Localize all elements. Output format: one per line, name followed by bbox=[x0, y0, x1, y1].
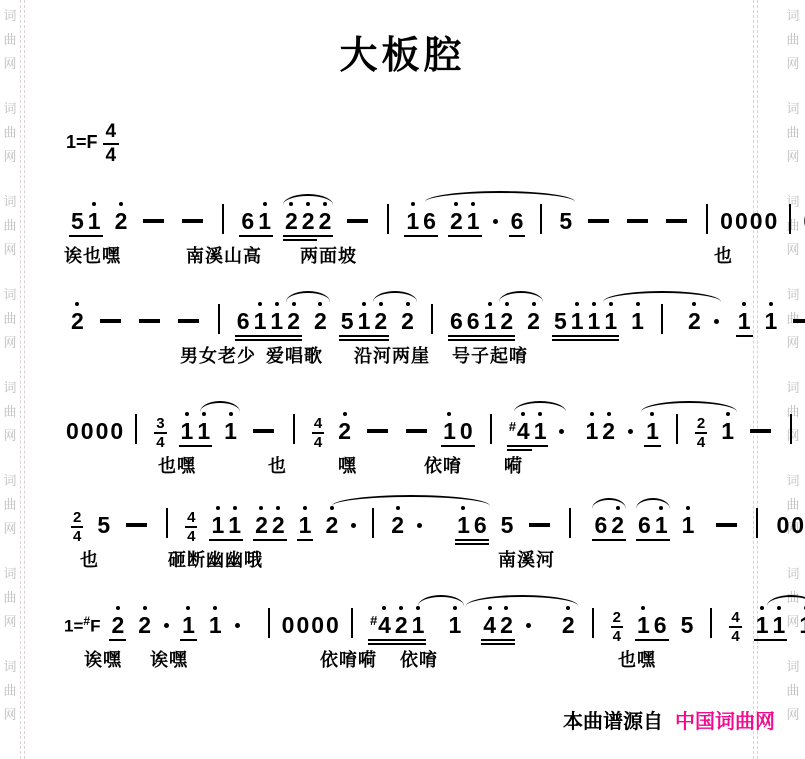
note: 0 bbox=[734, 210, 749, 233]
note: 1 bbox=[86, 210, 103, 233]
duration-dash bbox=[588, 219, 609, 223]
note: 2 bbox=[109, 614, 126, 637]
note-group: 1 bbox=[629, 310, 646, 333]
note-group: 2 bbox=[525, 310, 542, 333]
lyric: 也嘿 bbox=[618, 646, 656, 672]
note: 0 bbox=[764, 210, 779, 233]
octave-dot bbox=[318, 302, 322, 306]
barline bbox=[789, 204, 791, 234]
barline bbox=[431, 304, 433, 334]
note: 2 bbox=[317, 210, 334, 233]
watermark-text: 词曲网 bbox=[785, 97, 801, 169]
note: 1 bbox=[446, 614, 463, 637]
note-group: 6 bbox=[509, 210, 526, 233]
barline bbox=[351, 608, 353, 638]
beam-underline bbox=[448, 339, 515, 341]
lyric: 诶嘿 bbox=[84, 646, 122, 672]
note-group: 5 bbox=[557, 210, 574, 233]
octave-dot bbox=[119, 202, 123, 206]
note: 2 bbox=[389, 514, 406, 537]
duration-dash bbox=[716, 523, 737, 527]
beam-underline bbox=[283, 235, 333, 237]
note-group: 21 bbox=[448, 210, 482, 233]
note: 1 bbox=[653, 514, 670, 537]
note: #4 bbox=[507, 420, 532, 443]
note: 0 bbox=[325, 614, 340, 637]
slur-arc bbox=[283, 194, 333, 205]
note-group: 1 bbox=[680, 514, 697, 537]
augmentation-dot bbox=[714, 319, 719, 324]
beam-underline bbox=[109, 639, 126, 641]
note-group: #421 bbox=[368, 614, 427, 637]
note-group: 1 bbox=[644, 420, 661, 443]
note: 0 bbox=[65, 420, 80, 443]
note-group: 512 bbox=[339, 310, 389, 333]
note-group: 0000 bbox=[719, 210, 778, 233]
beam-underline bbox=[209, 539, 243, 541]
time-signature: 24 bbox=[611, 610, 623, 644]
song-title: 大板腔 bbox=[0, 24, 805, 79]
note: 6 bbox=[652, 614, 669, 637]
sharp-accidental: # bbox=[509, 419, 516, 434]
lyrics-row: 诶也嘿南溪山高两面坡也 bbox=[0, 242, 805, 268]
duration-dash bbox=[367, 429, 388, 433]
barline bbox=[135, 414, 137, 444]
lyrics-row: 男女老少爱唱歌沿河两崖号子起唷 bbox=[0, 342, 805, 368]
note: 6 bbox=[472, 514, 489, 537]
music-line: 245441122122165626110000也砸断幽幽哦南溪河 bbox=[0, 490, 805, 572]
note: 2 bbox=[498, 310, 515, 333]
note: 1 bbox=[226, 514, 243, 537]
beam-underline bbox=[481, 643, 515, 645]
duration-dash bbox=[406, 429, 427, 433]
note: 5 bbox=[95, 514, 112, 537]
octave-dot bbox=[566, 606, 570, 610]
note: 6 bbox=[592, 514, 609, 537]
note: 1 bbox=[180, 614, 197, 637]
octave-dot bbox=[411, 202, 415, 206]
note: 1 bbox=[754, 614, 771, 637]
beam-underline bbox=[235, 339, 302, 341]
beam-underline bbox=[368, 639, 427, 641]
notation-row: 245441122122165626110000 bbox=[0, 490, 805, 542]
duration-dash bbox=[178, 319, 199, 323]
lyrics-row: 诶嘿诶嘿依唷嗬依唷也嘿 bbox=[0, 646, 805, 672]
extra-underline bbox=[283, 239, 300, 241]
octave-dot bbox=[276, 506, 280, 510]
octave-dot bbox=[461, 506, 465, 510]
note: 0 bbox=[458, 420, 475, 443]
note-group: 12 bbox=[583, 420, 617, 443]
note: 1 bbox=[222, 420, 239, 443]
note: 1 bbox=[297, 514, 314, 537]
lyric: 砸断幽幽哦 bbox=[168, 546, 263, 572]
note-group: 6612 bbox=[448, 310, 515, 333]
duration-dash bbox=[750, 429, 771, 433]
beam-underline bbox=[253, 539, 287, 541]
note: 2 bbox=[336, 420, 353, 443]
beam-underline bbox=[235, 335, 302, 337]
octave-dot bbox=[760, 606, 764, 610]
augmentation-dot bbox=[235, 623, 240, 628]
lyric: 嗬 bbox=[504, 452, 523, 478]
octave-dot bbox=[777, 606, 781, 610]
octave-dot bbox=[213, 606, 217, 610]
note: 2 bbox=[498, 614, 515, 637]
note: 2 bbox=[525, 310, 542, 333]
note-group: 62 bbox=[592, 514, 626, 537]
note: 2 bbox=[686, 310, 703, 333]
duration-dash bbox=[793, 319, 805, 323]
note: 2 bbox=[113, 210, 130, 233]
note: 0 bbox=[310, 614, 325, 637]
duration-dash bbox=[100, 319, 121, 323]
barline bbox=[592, 608, 594, 638]
lyric: 也嘿 bbox=[158, 452, 196, 478]
note: 2 bbox=[136, 614, 153, 637]
octave-dot bbox=[259, 506, 263, 510]
beam-underline bbox=[552, 335, 619, 337]
note-group: 0000 bbox=[65, 420, 124, 443]
lyric: 爱唱歌 bbox=[266, 342, 323, 368]
sharp-accidental: # bbox=[370, 613, 377, 628]
note: 1 bbox=[207, 614, 224, 637]
beam-underline bbox=[368, 643, 427, 645]
note: 1 bbox=[465, 210, 482, 233]
note-group: 2 bbox=[389, 514, 406, 537]
time-signature: 34 bbox=[154, 416, 166, 450]
octave-dot bbox=[275, 302, 279, 306]
note: 2 bbox=[300, 210, 317, 233]
note: 6 bbox=[235, 310, 252, 333]
lyric: 南溪河 bbox=[498, 546, 555, 572]
octave-dot bbox=[416, 606, 420, 610]
duration-dash bbox=[182, 219, 203, 223]
note: 1 bbox=[404, 210, 421, 233]
lyric: 诶也嘿 bbox=[64, 242, 121, 268]
barline bbox=[661, 304, 663, 334]
note-group: 5 bbox=[499, 514, 516, 537]
octave-dot bbox=[504, 606, 508, 610]
octave-dot bbox=[726, 412, 730, 416]
note-group: 0000 bbox=[281, 614, 340, 637]
octave-dot bbox=[330, 506, 334, 510]
note-group: 222 bbox=[283, 210, 333, 233]
beam-underline bbox=[339, 339, 389, 341]
notation-row: 00003411144210#41121241440000 bbox=[0, 396, 805, 448]
beam-underline bbox=[404, 235, 438, 237]
octave-dot bbox=[453, 606, 457, 610]
barline bbox=[490, 414, 492, 444]
note-group: 51 bbox=[69, 210, 103, 233]
note: 2 bbox=[270, 514, 287, 537]
time-signature: 24 bbox=[695, 416, 707, 450]
note: 2 bbox=[560, 614, 577, 637]
octave-dot bbox=[379, 302, 383, 306]
note-group: 16 bbox=[455, 514, 489, 537]
note-group: 11 bbox=[209, 514, 243, 537]
duration-dash bbox=[529, 523, 550, 527]
sharp-accidental: # bbox=[83, 614, 90, 628]
octave-dot bbox=[471, 202, 475, 206]
octave-dot bbox=[396, 506, 400, 510]
lyrics-row: 也嘿也嘿依唷嗬 bbox=[0, 452, 805, 478]
note: 1 bbox=[602, 310, 619, 333]
note: 6 bbox=[636, 514, 653, 537]
attribution-brand-link[interactable]: 中国词曲网 bbox=[675, 711, 775, 733]
note: 6 bbox=[448, 310, 465, 333]
octave-dot bbox=[488, 302, 492, 306]
beam-underline bbox=[69, 235, 103, 237]
note-group: 2 bbox=[69, 310, 86, 333]
beam-underline bbox=[552, 339, 619, 341]
beam-underline bbox=[736, 335, 753, 337]
beam-underline bbox=[441, 445, 475, 447]
octave-dot bbox=[382, 606, 386, 610]
note: 2 bbox=[253, 514, 270, 537]
note: 2 bbox=[312, 310, 329, 333]
note-group: 1 bbox=[297, 514, 314, 537]
note: 6 bbox=[465, 310, 482, 333]
lyric: 沿河两崖 bbox=[354, 342, 430, 368]
note-group: 61 bbox=[636, 514, 670, 537]
augmentation-dot bbox=[493, 219, 498, 224]
beam-underline bbox=[180, 639, 197, 641]
octave-dot bbox=[607, 412, 611, 416]
beam-underline bbox=[754, 639, 788, 641]
note: 1 bbox=[635, 614, 652, 637]
note: 1 bbox=[583, 420, 600, 443]
music-line: 00003411144210#41121241440000也嘿也嘿依唷嗬 bbox=[0, 396, 805, 478]
lyrics-row: 也砸断幽幽哦南溪河 bbox=[0, 546, 805, 572]
beam-underline bbox=[339, 335, 389, 337]
octave-dot bbox=[650, 412, 654, 416]
key-signature: 1=F44 bbox=[66, 122, 119, 166]
octave-dot bbox=[303, 506, 307, 510]
note-group: 2 bbox=[560, 614, 577, 637]
augmentation-dot bbox=[628, 429, 633, 434]
time-signature: 24 bbox=[71, 510, 83, 544]
note: 0 bbox=[749, 210, 764, 233]
note: 1 bbox=[569, 310, 586, 333]
octave-dot bbox=[343, 412, 347, 416]
note: 2 bbox=[285, 310, 302, 333]
note-group: 11 bbox=[754, 614, 788, 637]
note: 0 bbox=[281, 614, 296, 637]
augmentation-dot bbox=[351, 523, 356, 528]
duration-dash bbox=[666, 219, 687, 223]
note-group: 1 bbox=[222, 420, 239, 443]
octave-dot bbox=[143, 606, 147, 610]
lyric: 嘿 bbox=[338, 452, 357, 478]
beam-underline bbox=[455, 539, 489, 541]
octave-dot bbox=[454, 202, 458, 206]
note: 4 bbox=[481, 614, 498, 637]
note: 2 bbox=[283, 210, 300, 233]
watermark-text: 词曲网 bbox=[2, 97, 18, 169]
notation-row: 261122512266122511112110000 bbox=[0, 286, 805, 338]
duration-dash bbox=[143, 219, 164, 223]
music-line: 261122512266122511112110000男女老少爱唱歌沿河两崖号子… bbox=[0, 286, 805, 368]
octave-dot bbox=[92, 202, 96, 206]
key-change: 1=#F bbox=[64, 615, 100, 635]
beam-underline bbox=[592, 539, 626, 541]
note-group: 5 bbox=[679, 614, 696, 637]
octave-dot bbox=[575, 302, 579, 306]
slur-arc bbox=[592, 498, 626, 509]
augmentation-dot bbox=[417, 523, 422, 528]
note: 1 bbox=[209, 514, 226, 537]
beam-underline bbox=[635, 639, 669, 641]
time-signature: 44 bbox=[312, 416, 324, 450]
lyric: 也 bbox=[268, 452, 287, 478]
octave-dot bbox=[641, 606, 645, 610]
octave-dot bbox=[406, 302, 410, 306]
octave-dot bbox=[590, 412, 594, 416]
note: 2 bbox=[69, 310, 86, 333]
attribution: 本曲谱源自中国词曲网 bbox=[563, 705, 775, 734]
music-line: 51261222162165000000001诶也嘿南溪山高两面坡也 bbox=[0, 186, 805, 268]
note: 0 bbox=[109, 420, 124, 443]
octave-dot bbox=[447, 412, 451, 416]
lyric: 也 bbox=[80, 546, 99, 572]
slur-arc bbox=[636, 498, 670, 509]
note: 2 bbox=[372, 310, 389, 333]
octave-dot bbox=[592, 302, 596, 306]
duration-dash bbox=[126, 523, 147, 527]
barline bbox=[790, 414, 792, 444]
octave-dot bbox=[742, 302, 746, 306]
augmentation-dot bbox=[164, 623, 169, 628]
note-group: 1 bbox=[719, 420, 736, 443]
note-group: 5 bbox=[95, 514, 112, 537]
note-group: 2 bbox=[323, 514, 340, 537]
note: 1 bbox=[644, 420, 661, 443]
octave-dot bbox=[186, 606, 190, 610]
octave-dot bbox=[202, 412, 206, 416]
duration-dash bbox=[627, 219, 648, 223]
lyric: 依唷 bbox=[400, 646, 438, 672]
augmentation-dot bbox=[559, 429, 564, 434]
note-group: 42 bbox=[481, 614, 515, 637]
note: 0 bbox=[80, 420, 95, 443]
beam-underline bbox=[507, 445, 549, 447]
octave-dot bbox=[538, 412, 542, 416]
note-group: 1 bbox=[736, 310, 753, 333]
note: 1 bbox=[763, 310, 780, 333]
octave-dot bbox=[216, 506, 220, 510]
barline bbox=[293, 414, 295, 444]
note-group: 2 bbox=[113, 210, 130, 233]
sheet-music-page: 词曲网词曲网词曲网词曲网词曲网词曲网词曲网词曲网 词曲网词曲网词曲网词曲网词曲网… bbox=[0, 0, 805, 759]
lyric: 诶嘿 bbox=[150, 646, 188, 672]
note: 1 bbox=[482, 310, 499, 333]
octave-dot bbox=[692, 302, 696, 306]
note-group: 6112 bbox=[235, 310, 302, 333]
barline bbox=[218, 304, 220, 334]
note-group: 5111 bbox=[552, 310, 619, 333]
barline bbox=[166, 508, 168, 538]
lyric: 依唷 bbox=[424, 452, 462, 478]
note-group: 22 bbox=[253, 514, 287, 537]
beam-underline bbox=[644, 445, 661, 447]
note: 1 bbox=[410, 614, 427, 637]
duration-dash bbox=[347, 219, 368, 223]
note: 1 bbox=[719, 420, 736, 443]
note: 1 bbox=[586, 310, 603, 333]
note: 6 bbox=[239, 210, 256, 233]
barline bbox=[676, 414, 678, 444]
octave-dot bbox=[362, 302, 366, 306]
note: 0 bbox=[775, 514, 790, 537]
octave-dot bbox=[292, 302, 296, 306]
note-group: 2 bbox=[399, 310, 416, 333]
octave-dot bbox=[258, 302, 262, 306]
beam-underline bbox=[509, 235, 526, 237]
octave-dot bbox=[532, 302, 536, 306]
octave-dot bbox=[116, 606, 120, 610]
barline bbox=[706, 204, 708, 234]
note: 5 bbox=[69, 210, 86, 233]
note: 0 bbox=[295, 614, 310, 637]
note: 6 bbox=[421, 210, 438, 233]
note: 2 bbox=[399, 310, 416, 333]
note: 2 bbox=[609, 514, 626, 537]
note: 5 bbox=[557, 210, 574, 233]
note: 1 bbox=[195, 420, 212, 443]
barline bbox=[710, 608, 712, 638]
time-signature-fraction: 44 bbox=[103, 122, 120, 166]
note: 5 bbox=[339, 310, 356, 333]
octave-dot bbox=[609, 302, 613, 306]
barline bbox=[569, 508, 571, 538]
note-group: 2 bbox=[686, 310, 703, 333]
notation-row: 51261222162165000000001 bbox=[0, 186, 805, 238]
lyric: 也 bbox=[714, 242, 733, 268]
note-group: 1 bbox=[797, 614, 805, 637]
beam-underline bbox=[239, 235, 273, 237]
time-signature: 44 bbox=[729, 610, 741, 644]
lyric: 南溪山高 bbox=[186, 242, 262, 268]
note: 1 bbox=[771, 614, 788, 637]
barline bbox=[387, 204, 389, 234]
note: 1 bbox=[680, 514, 697, 537]
music-line: 1=#F22110000#42114222416544111诶嘿诶嘿依唷嗬依唷也… bbox=[0, 590, 805, 672]
note-group: 1 bbox=[207, 614, 224, 637]
note-group: 16 bbox=[635, 614, 669, 637]
note: 5 bbox=[679, 614, 696, 637]
note-group: 61 bbox=[239, 210, 273, 233]
octave-dot bbox=[769, 302, 773, 306]
note: 1 bbox=[256, 210, 273, 233]
note: 1 bbox=[629, 310, 646, 333]
barline bbox=[756, 508, 758, 538]
barline bbox=[222, 204, 224, 234]
octave-dot bbox=[263, 202, 267, 206]
note: 1 bbox=[441, 420, 458, 443]
octave-dot bbox=[521, 412, 525, 416]
augmentation-dot bbox=[526, 623, 531, 628]
note: 0 bbox=[790, 514, 805, 537]
note: 5 bbox=[499, 514, 516, 537]
beam-underline bbox=[297, 539, 314, 541]
octave-dot bbox=[686, 506, 690, 510]
note: 1 bbox=[532, 420, 549, 443]
note: 0 bbox=[719, 210, 734, 233]
key-text: 1=F bbox=[66, 132, 98, 152]
barline bbox=[540, 204, 542, 234]
duration-dash bbox=[139, 319, 160, 323]
